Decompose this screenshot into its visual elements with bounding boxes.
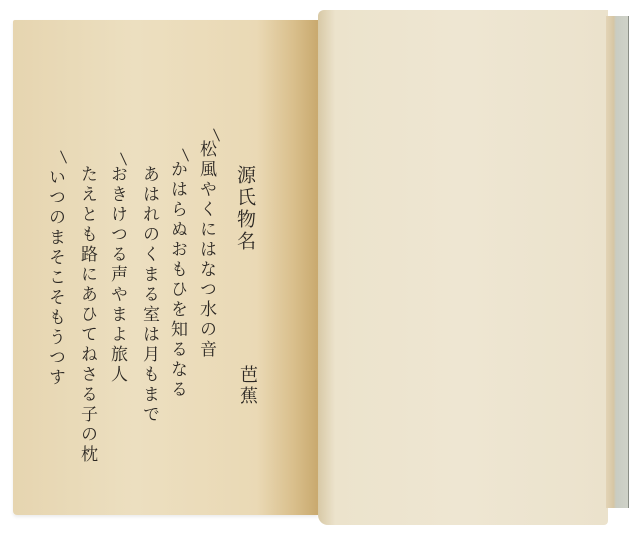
right-page-blank xyxy=(318,10,608,525)
verse-column-1: 松風やくにはなつ水の音 xyxy=(197,140,214,360)
manuscript-title: 源氏物名 xyxy=(235,165,254,253)
verse-column-4: おきけつる声やまよ旅人 xyxy=(108,165,125,385)
left-page: 源氏物名 芭蕉 松風やくにはなつ水の音 かはらぬおもひを知るなる あはれのくまる… xyxy=(13,20,318,515)
verse-column-5: たえとも路にあひてねさる子の枕 xyxy=(78,165,95,465)
verse-column-2: かはらぬおもひを知るなる xyxy=(168,160,185,400)
verse-column-3: あはれのくまる室は月もまで xyxy=(140,165,157,425)
verse-column-6: いつのまそこそもうつす xyxy=(46,168,63,388)
verse-mark xyxy=(60,150,67,163)
page-edges xyxy=(606,16,629,508)
verse-mark xyxy=(120,152,127,165)
author-name: 芭蕉 xyxy=(238,365,256,407)
